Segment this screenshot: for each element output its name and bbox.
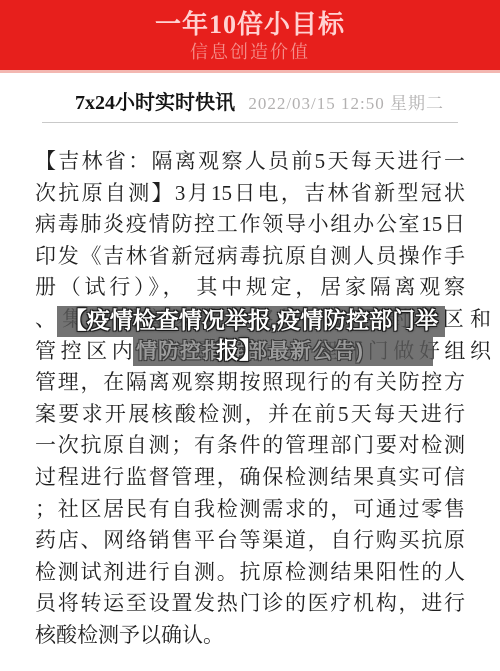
watermark-title-line2: 报】 <box>216 335 262 365</box>
article-body: 【吉林省：隔离观察人员前5天每天进行一 次抗原自测】3月15日电，吉林省新型冠状… <box>35 146 465 652</box>
article-line: 员将转运至设置发热门诊的医疗机构，进行 <box>35 588 465 620</box>
article-line: 检测试剂进行自测。抗原检测结果阳性的人 <box>35 557 465 589</box>
article-line: ；社区居民有自我检测需求的，可通过零售 <box>35 494 465 526</box>
article-line: 一次抗原自测；有条件的管理部门要对检测 <box>35 430 465 462</box>
site-title: 一年10倍小目标 <box>0 9 500 41</box>
article-line: 【吉林省：隔离观察人员前5天每天进行一 <box>35 146 465 178</box>
masthead: 一年10倍小目标 信息创造价值 <box>0 0 500 73</box>
site-slogan: 信息创造价值 <box>0 41 500 63</box>
article-line: 药店、网络销售平台等渠道，自行购买抗原 <box>35 525 465 557</box>
timestamp: 2022/03/15 12:50 星期二 <box>248 89 444 114</box>
article-line: 印发《吉林省新冠病毒抗原自测人员操作手 <box>35 241 465 273</box>
article-line: 册（试行）》， 其中规定，居家隔离观察 <box>35 272 465 304</box>
article-line: 次抗原自测】3月15日电，吉林省新型冠状 <box>35 178 465 210</box>
divider <box>42 122 458 123</box>
article-line: 病毒肺炎疫情防控工作领导小组办公室15日 <box>35 209 465 241</box>
article-line: 核酸检测予以确认。 <box>35 620 465 652</box>
subheader-row: 7x24小时实时快讯 2022/03/15 12:50 星期二 <box>75 86 444 115</box>
channel-title: 7x24小时实时快讯 <box>75 86 235 115</box>
watermark-title-line1: 【疫情检查情况举报,疫情防控部门举 <box>57 304 445 336</box>
article-page: 一年10倍小目标 信息创造价值 7x24小时实时快讯 2022/03/15 12… <box>0 0 500 671</box>
article-line: 管理，在隔离观察期按照现行的有关防控方 <box>35 367 465 399</box>
article-line: 过程进行监督管理，确保检测结果真实可信 <box>35 462 465 494</box>
article-line: 案要求开展核酸检测，并在前5天每天进行 <box>35 399 465 431</box>
